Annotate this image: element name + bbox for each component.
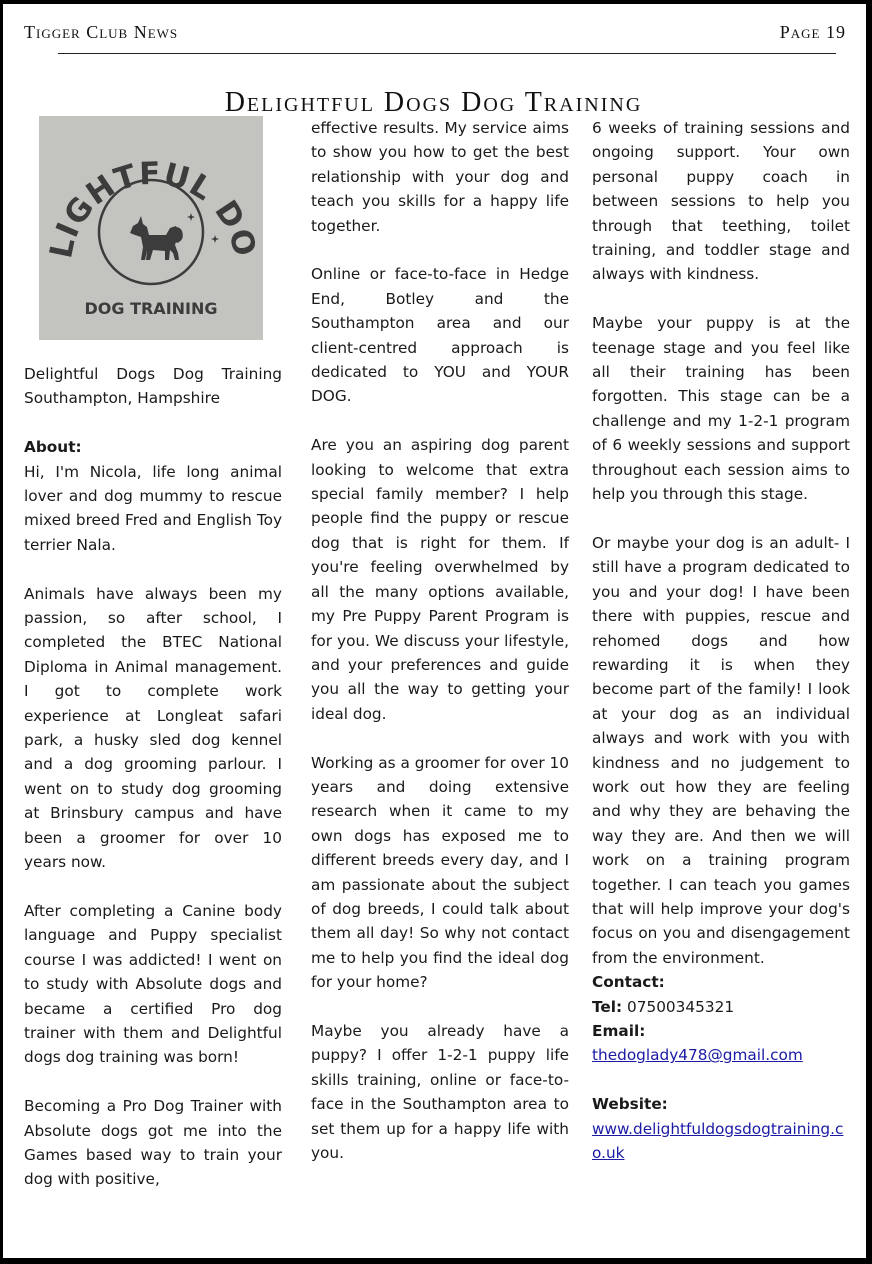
column-3: 6 weeks of training sessions and ongoing…	[592, 116, 850, 1165]
newsletter-page: Tigger Club News Page 19 Delightful Dogs…	[3, 4, 864, 1258]
paragraph: Online or face-to-face in Hedge End, Bot…	[311, 262, 569, 408]
paragraph: Maybe your puppy is at the teenage stage…	[592, 311, 850, 506]
contact-label: Contact:	[592, 970, 850, 994]
header-divider	[58, 53, 836, 54]
email-label: Email:	[592, 1019, 850, 1043]
business-logo: DELIGHTFUL DOGS DOG TRAINING	[39, 116, 263, 340]
website-label: Website:	[592, 1092, 850, 1116]
paragraph: After completing a Canine body language …	[24, 899, 282, 1070]
paragraph: Becoming a Pro Dog Trainer with Absolute…	[24, 1094, 282, 1192]
paragraph: Are you an aspiring dog parent looking t…	[311, 433, 569, 726]
dog-silhouette-icon: DELIGHTFUL DOGS DOG TRAINING	[39, 116, 263, 340]
column-1: DELIGHTFUL DOGS DOG TRAINING Delightful …	[24, 116, 282, 1216]
email-link[interactable]: thedoglady478@gmail.com	[592, 1046, 803, 1064]
page-border-gap	[864, 4, 866, 1258]
page-number: Page 19	[780, 22, 846, 43]
about-paragraph: Hi, I'm Nicola, life long animal lover a…	[24, 460, 282, 558]
article-title: Delightful Dogs Dog Training	[3, 87, 864, 119]
paragraph: 6 weeks of training sessions and ongoing…	[592, 116, 850, 287]
spacer	[592, 1068, 850, 1092]
publication-name: Tigger Club News	[24, 22, 178, 43]
tel-value: 07500345321	[622, 998, 734, 1016]
website-link[interactable]: www.delightfuldogsdogtraining.co.uk	[592, 1117, 850, 1166]
tel-label: Tel:	[592, 998, 622, 1016]
contact-tel: Tel: 07500345321	[592, 995, 850, 1019]
business-location: Delightful Dogs Dog Training Southampton…	[24, 362, 282, 411]
paragraph: Or maybe your dog is an adult- I still h…	[592, 531, 850, 970]
about-label: About:	[24, 435, 282, 459]
paragraph: effective results. My service aims to sh…	[311, 116, 569, 238]
paragraph: Working as a groomer for over 10 years a…	[311, 751, 569, 995]
logo-sub-text: DOG TRAINING	[84, 299, 217, 318]
paragraph: Maybe you already have a puppy? I offer …	[311, 1019, 569, 1165]
column-2: effective results. My service aims to sh…	[311, 116, 569, 1190]
paragraph: Animals have always been my passion, so …	[24, 582, 282, 875]
